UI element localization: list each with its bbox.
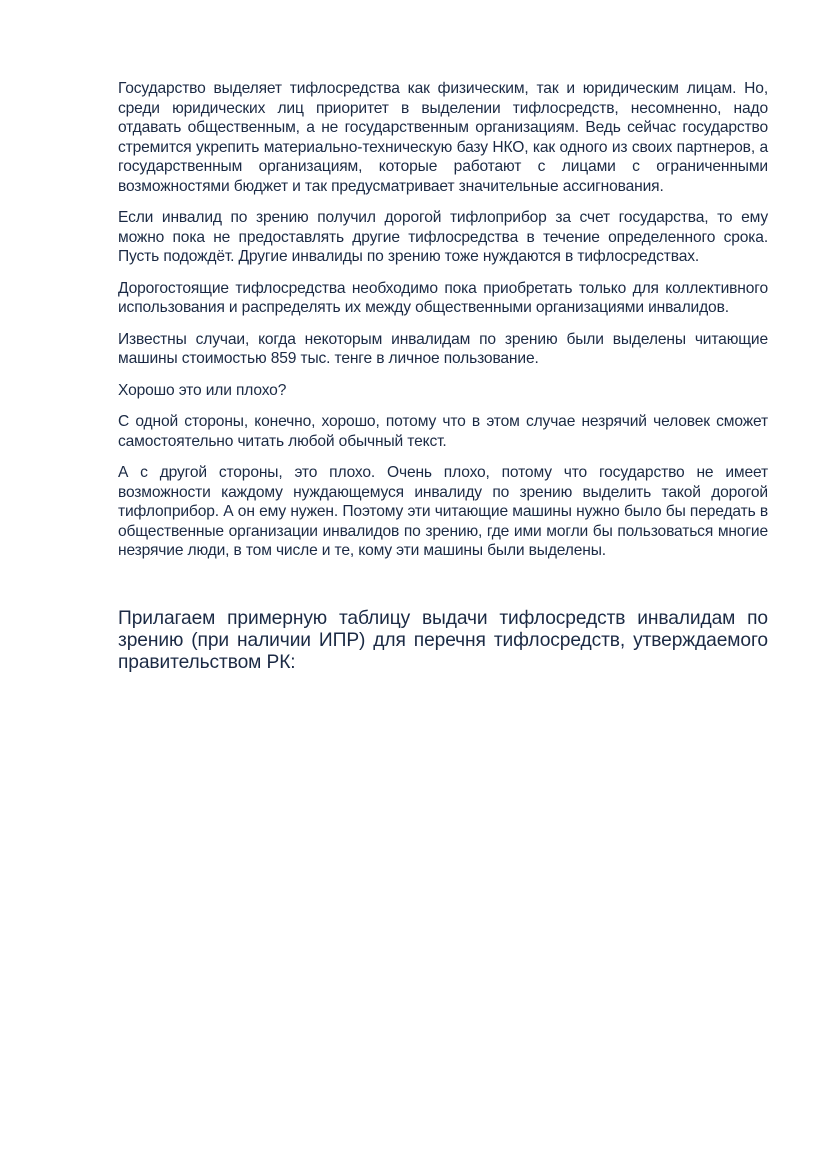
paragraph-reading-machines: Известны случаи, когда некоторым инвалид…	[118, 330, 768, 369]
paragraph-collective-use: Дорогостоящие тифлосредства необходимо п…	[118, 279, 768, 318]
table-intro-heading: Прилагаем примерную таблицу выдачи тифло…	[118, 608, 768, 674]
paragraph-on-one-hand: С одной стороны, конечно, хорошо, потому…	[118, 412, 768, 451]
paragraph-state-allocation: Государство выделяет тифлосредства как ф…	[118, 79, 768, 196]
paragraph-expensive-device: Если инвалид по зрению получил дорогой т…	[118, 208, 768, 267]
paragraph-on-other-hand: А с другой стороны, это плохо. Очень пло…	[118, 463, 768, 561]
document-page: Государство выделяет тифлосредства как ф…	[118, 79, 768, 693]
paragraph-question: Хорошо это или плохо?	[118, 381, 768, 401]
